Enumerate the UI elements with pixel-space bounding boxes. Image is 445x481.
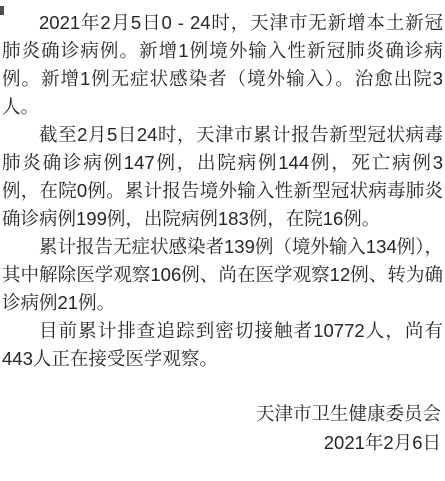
announcement-body: 2021年2月5日0 - 24时，天津市无新增本土新冠肺炎确诊病例。新增1例境外… — [0, 0, 445, 373]
signature-block: 天津市卫生健康委员会 2021年2月6日 — [0, 399, 445, 457]
paragraph-cumulative-confirmed: 截至2月5日24时，天津市累计报告新型冠状病毒肺炎确诊病例147例，出院病例14… — [2, 121, 443, 233]
signature-org: 天津市卫生健康委员会 — [0, 399, 441, 428]
corner-artifact — [0, 6, 4, 15]
paragraph-asymptomatic-cases: 累计报告无症状感染者139例（境外输入134例），其中解除医学观察106例、尚在… — [2, 233, 443, 317]
paragraph-daily-update: 2021年2月5日0 - 24时，天津市无新增本土新冠肺炎确诊病例。新增1例境外… — [2, 9, 443, 121]
announcement-document: 2021年2月5日0 - 24时，天津市无新增本土新冠肺炎确诊病例。新增1例境外… — [0, 0, 445, 481]
signature-date: 2021年2月6日 — [0, 428, 441, 457]
paragraph-close-contacts: 目前累计排查追踪到密切接触者10772人，尚有443人正在接受医学观察。 — [2, 317, 443, 373]
